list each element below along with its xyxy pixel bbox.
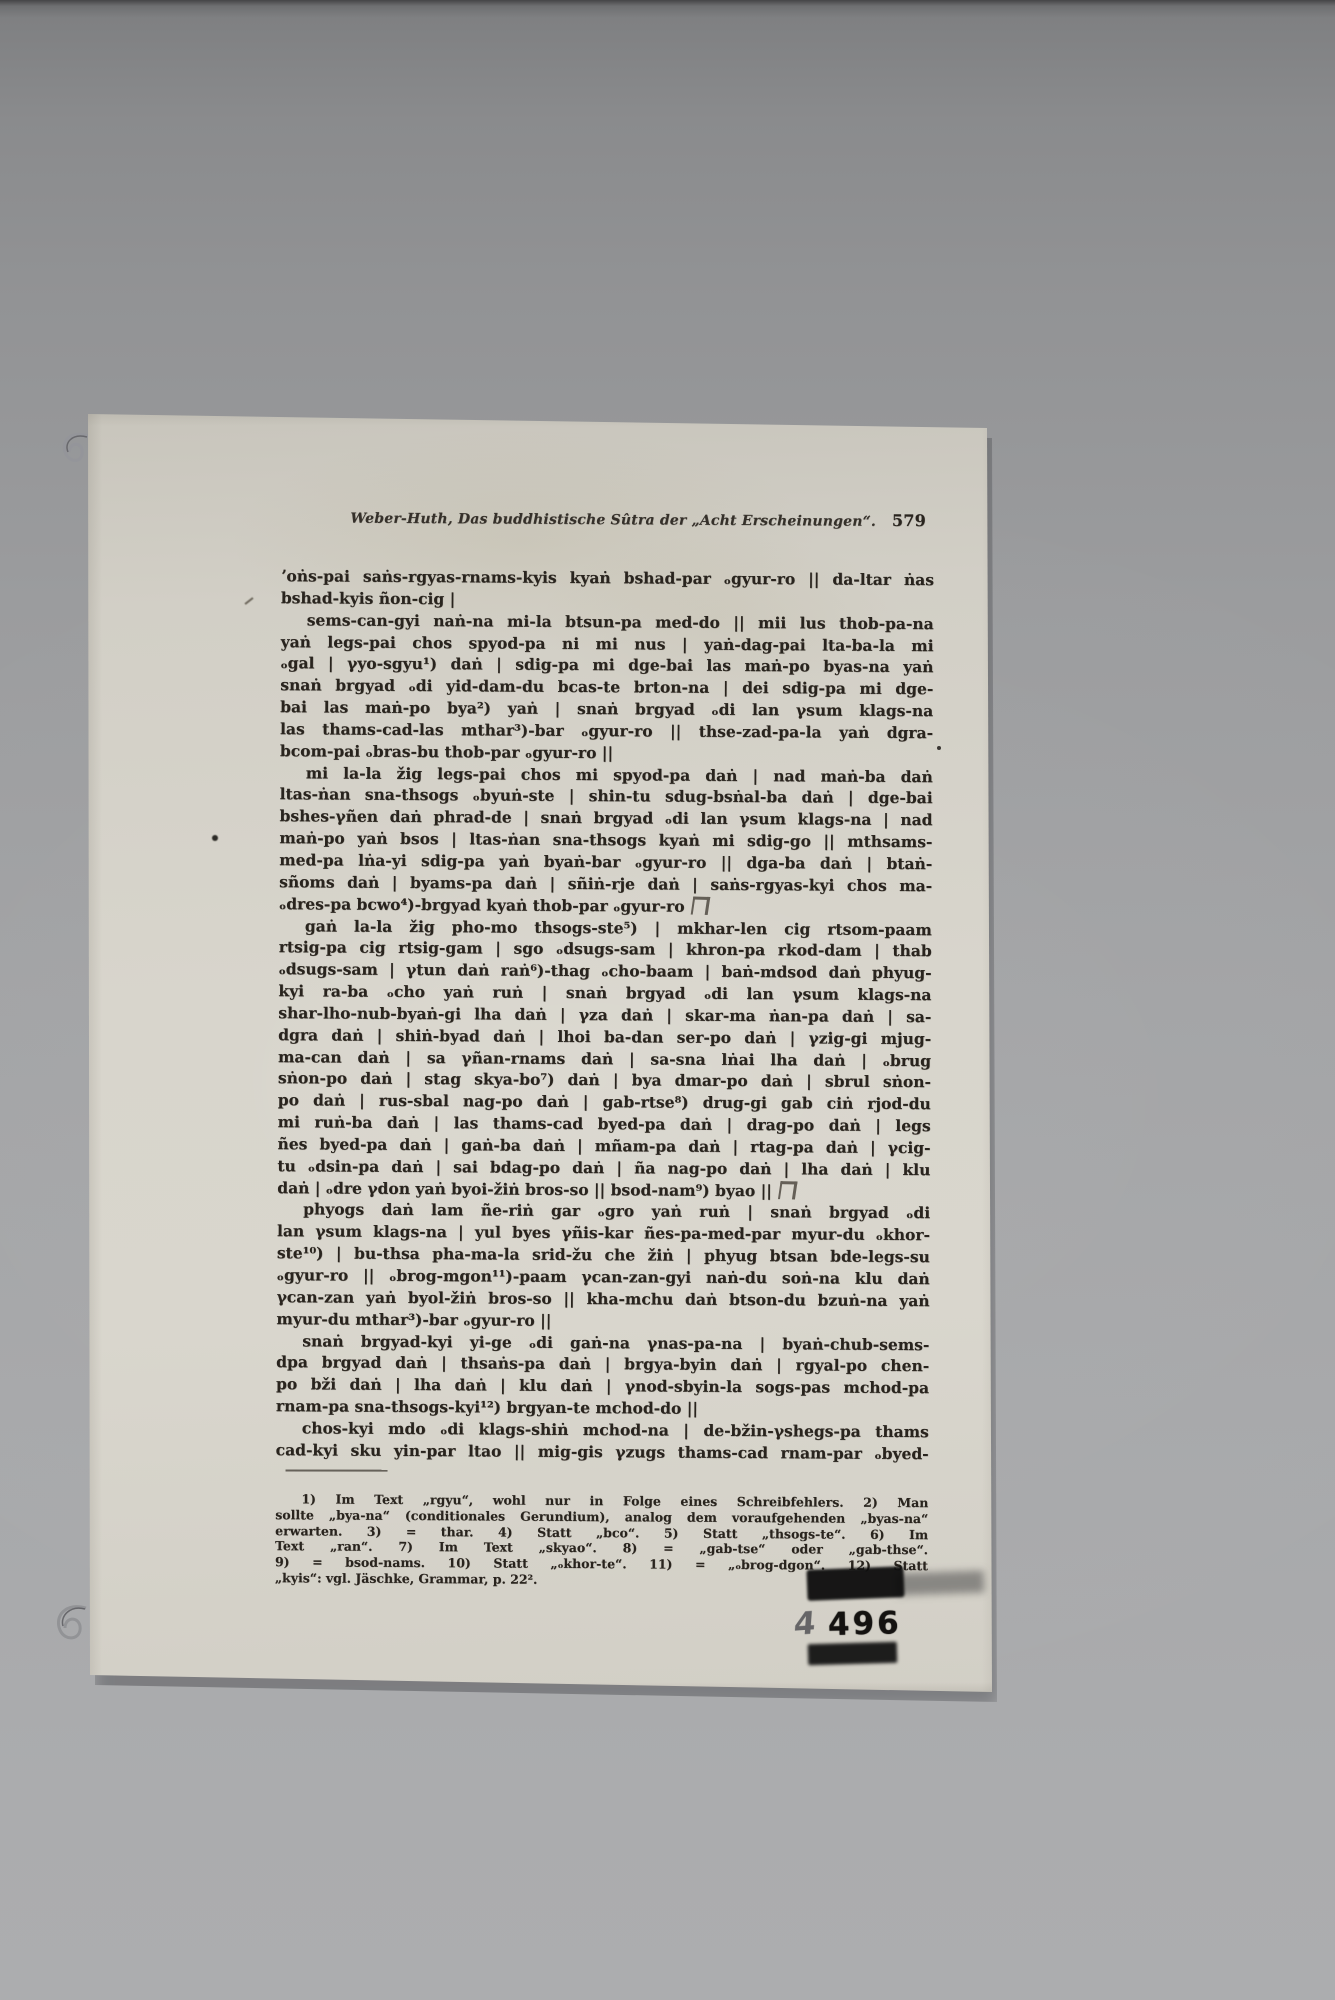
ink-smudge <box>896 1570 985 1595</box>
paragraph: snaṅ brgyad-kyi yi-ge ₒdi gaṅ-na γnas-pa… <box>276 1330 930 1421</box>
margin-ink-dot <box>212 835 218 841</box>
scanned-page: Weber-Huth, Das buddhistische Sûtra der … <box>88 412 994 1698</box>
paragraph: mi la-la žig legs-pai chos mi spyod-pa d… <box>279 762 933 919</box>
pencil-bracket-mark <box>778 1181 798 1199</box>
running-title: Weber-Huth, Das buddhistische Sûtra der … <box>350 511 876 530</box>
printed-content: Weber-Huth, Das buddhistische Sûtra der … <box>80 412 994 1704</box>
redaction-bar-bottom <box>808 1642 898 1665</box>
paragraph: chos-kyi mdo ₒdi klags-shiṅ mchod-na | d… <box>276 1417 929 1465</box>
redaction-bar-top <box>806 1566 904 1601</box>
page-number: 579 <box>892 511 926 530</box>
staple-wire-icon <box>50 1598 94 1656</box>
photographed-scan-background: Weber-Huth, Das buddhistische Sûtra der … <box>0 0 1335 2000</box>
paragraph: gaṅ la-la žig pho-mo thsogs-ste⁵) | mkha… <box>277 915 932 1203</box>
paragraph: ʼoṅs-pai saṅs-rgyas-rnams-kyis kyaṅ bsha… <box>281 565 934 613</box>
stamped-number: 496 <box>827 1605 901 1643</box>
body-text: ʼoṅs-pai saṅs-rgyas-rnams-kyis kyaṅ bsha… <box>276 565 934 1465</box>
print-line: cad-kyi sku yin-par ltao || mig-gis γzug… <box>276 1439 929 1465</box>
footnote-separator-rule <box>286 1469 388 1471</box>
paragraph: sems-can-gyi naṅ-na mi-la btsun-pa med-d… <box>280 609 934 766</box>
handwritten-digit: 4 <box>793 1605 817 1642</box>
pencil-bracket-mark <box>690 896 710 914</box>
running-header: Weber-Huth, Das buddhistische Sûtra der … <box>350 508 926 531</box>
staple-icon <box>50 1598 94 1660</box>
margin-ink-dot <box>937 746 941 750</box>
stamp-number: 4 496 <box>794 1606 901 1642</box>
paragraph: phyogs daṅ lam ñe-riṅ gar ₒgro yaṅ ruṅ |… <box>276 1199 930 1334</box>
